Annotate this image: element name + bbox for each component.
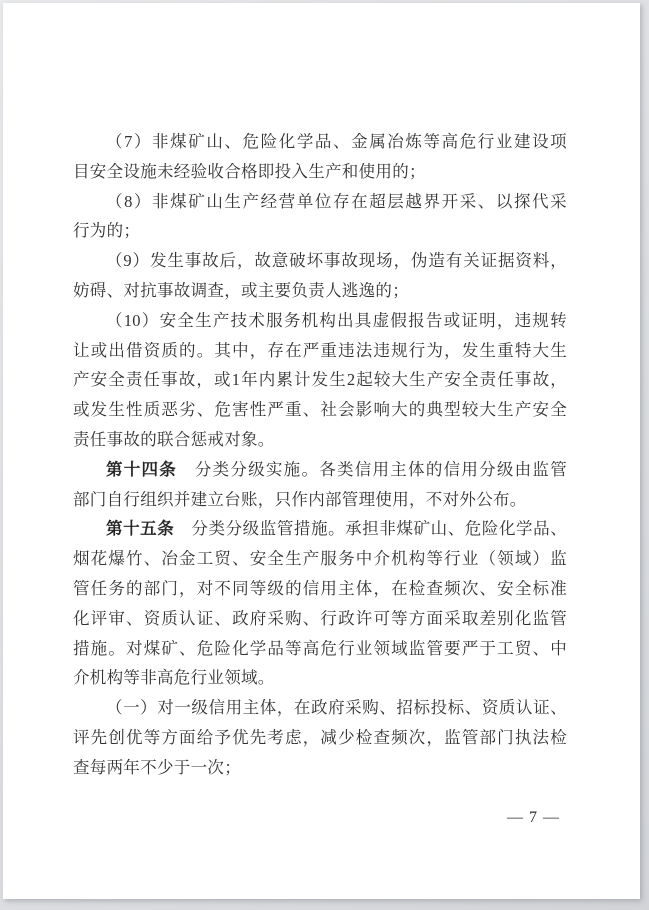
text-line: 化评审、资质认证、政府采购、行政许可等方面采取差别化监管 xyxy=(73,604,567,634)
text-line: 第十四条 分类分级实施。各类信用主体的信用分级由监管 xyxy=(73,455,567,485)
page-background: （7）非煤矿山、危险化学品、金属冶炼等高危行业建设项目安全设施未经验收合格即投入… xyxy=(0,0,649,910)
text-line: 第十五条 分类分级监管措施。承担非煤矿山、危险化学品、 xyxy=(73,514,567,544)
text-line: 让或出借资质的。其中，存在严重违法违规行为，发生重特大生 xyxy=(73,336,567,366)
text-line: （10）安全生产技术服务机构出具虚假报告或证明，违规转 xyxy=(73,306,567,336)
text-line: 产安全责任事故，或1年内累计发生2起较大生产安全责任事故， xyxy=(73,365,567,395)
text-line: 管任务的部门，对不同等级的信用主体，在检查频次、安全标准 xyxy=(73,574,567,604)
text-line: 烟花爆竹、冶金工贸、安全生产服务中介机构等行业（领域）监 xyxy=(73,544,567,574)
text-line: 或发生性质恶劣、危害性严重、社会影响大的典型较大生产安全 xyxy=(73,395,567,425)
document-page: （7）非煤矿山、危险化学品、金属冶炼等高危行业建设项目安全设施未经验收合格即投入… xyxy=(3,3,640,899)
text-line: 部门自行组织并建立台账，只作内部管理使用，不对外公布。 xyxy=(73,485,567,515)
text-line: 介机构等非高危行业领域。 xyxy=(73,663,567,693)
document-body: （7）非煤矿山、危险化学品、金属冶炼等高危行业建设项目安全设施未经验收合格即投入… xyxy=(73,127,567,783)
text-line: 评先创优等方面给予优先考虑，减少检查频次，监管部门执法检 xyxy=(73,723,567,753)
text-line: 目安全设施未经验收合格即投入生产和使用的； xyxy=(73,157,567,187)
text-line: 妨碍、对抗事故调查，或主要负责人逃逸的； xyxy=(73,276,567,306)
text-line: 措施。对煤矿、危险化学品等高危行业领域监管要严于工贸、中 xyxy=(73,634,567,664)
text-line: （7）非煤矿山、危险化学品、金属冶炼等高危行业建设项 xyxy=(73,127,567,157)
page-number: — 7 — xyxy=(507,807,560,829)
text-line: 责任事故的联合惩戒对象。 xyxy=(73,425,567,455)
text-line: 行为的； xyxy=(73,216,567,246)
section-heading: 第十四条 xyxy=(106,461,177,479)
section-heading: 第十五条 xyxy=(106,520,174,538)
text-line: （一）对一级信用主体，在政府采购、招标投标、资质认证、 xyxy=(73,693,567,723)
text-line: （9）发生事故后，故意破坏事故现场，伪造有关证据资料， xyxy=(73,246,567,276)
text-line: 查每两年不少于一次； xyxy=(73,753,567,783)
text-line: （8）非煤矿山生产经营单位存在超层越界开采、以探代采 xyxy=(73,187,567,217)
